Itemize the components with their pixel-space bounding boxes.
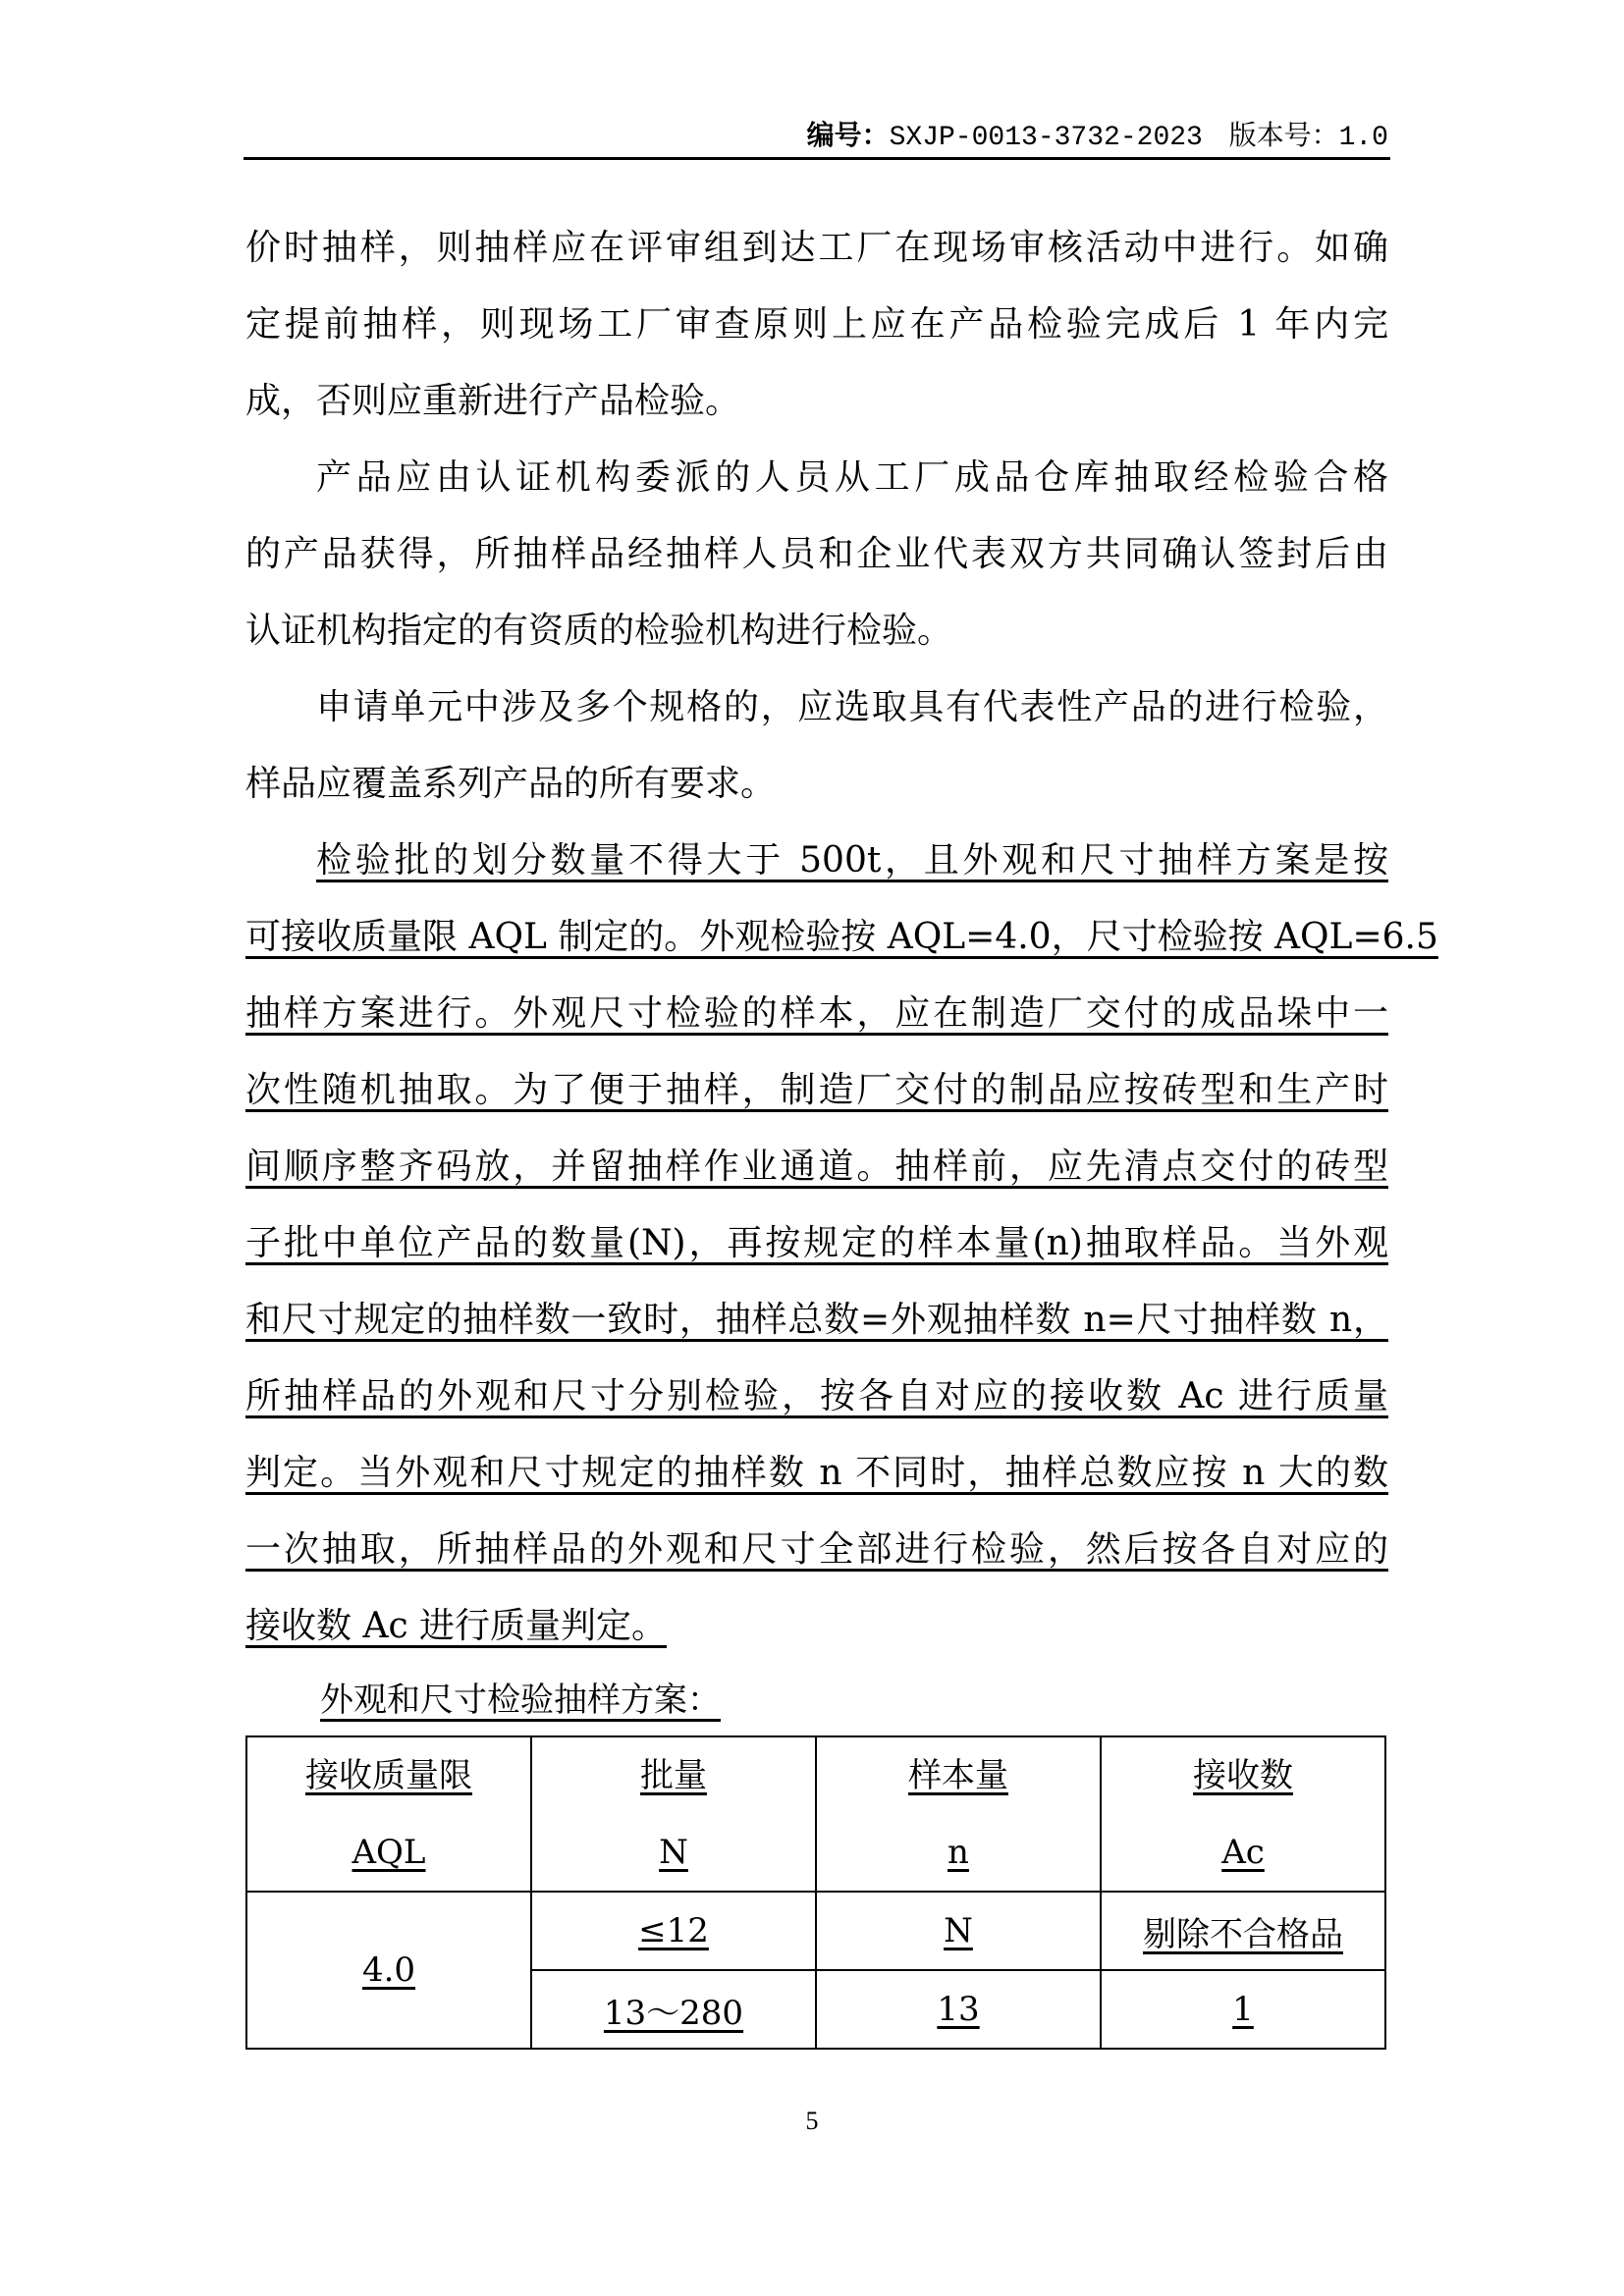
version-number: 1.0 [1339,123,1388,153]
code-label: 编号： [807,119,890,151]
header-cell-lot-size: 批量 N [531,1736,816,1892]
text-line: 子批中单位产品的数量(N)，再按规定的样本量(n)抽取样品。当外观 [245,1205,1388,1282]
paragraph-sample-source: 产品应由认证机构委派的人员从工厂成品仓库抽取经检验合格 的产品获得，所抽样品经抽… [245,440,1388,669]
document-code: SXJP-0013-3732-2023 [890,123,1203,153]
paragraph-sampling-timing: 价时抽样，则抽样应在评审组到达工厂在现场审核活动中进行。如确 定提前抽样，则现场… [245,210,1388,440]
header-cell-sample-size: 样本量 n [816,1736,1101,1892]
lot-size-cell: ≤12 [531,1892,816,1970]
version-label: 版本号： [1229,119,1339,151]
acceptance-cell: 1 [1101,1970,1385,2049]
sample-size-cell: 13 [816,1970,1101,2049]
text-line: 产品应由认证机构委派的人员从工厂成品仓库抽取经检验合格 [245,440,1388,516]
table-row: 4.0 ≤12 N 剔除不合格品 [246,1892,1385,1970]
text-line: 次性随机抽取。为了便于抽样，制造厂交付的制品应按砖型和生产时 [245,1052,1388,1129]
text-line: 定提前抽样，则现场工厂审查原则上应在产品检验完成后 1 年内完 [245,287,1388,363]
text-line: 成，否则应重新进行产品检验。 [245,363,1388,440]
header-cell-acceptance-number: 接收数 Ac [1101,1736,1385,1892]
text-line: 检验批的划分数量不得大于 500t，且外观和尺寸抽样方案是按 [316,823,1388,899]
text-line: 申请单元中涉及多个规格的，应选取具有代表性产品的进行检验， [245,669,1388,746]
text-line: 抽样方案进行。外观尺寸检验的样本，应在制造厂交付的成品垛中一 [245,976,1388,1052]
lot-size-cell: 13～280 [531,1970,816,2049]
header-divider [244,157,1390,160]
text-line: 判定。当外观和尺寸规定的抽样数 n 不同时，抽样总数应按 n 大的数 [245,1435,1388,1512]
page-number: 5 [785,2107,839,2136]
sampling-plan-table: 接收质量限 AQL 批量 N 样本量 n 接收数 Ac 4.0 ≤12 N 剔除… [245,1735,1386,2050]
table-header-row: 接收质量限 AQL 批量 N 样本量 n 接收数 Ac [246,1736,1385,1892]
document-header: 编号：SXJP-0013-3732-2023 版本号：1.0 [245,116,1388,157]
text-line: 的产品获得，所抽样品经抽样人员和企业代表双方共同确认签封后由 [245,516,1388,593]
text-line: 可接收质量限 AQL 制定的。外观检验按 AQL=4.0，尺寸检验按 AQL=6… [245,899,1388,976]
header-cell-aql: 接收质量限 AQL [246,1736,531,1892]
text-line: 接收数 Ac 进行质量判定。 [245,1588,667,1665]
aql-value-cell: 4.0 [246,1892,531,2049]
document-body: 价时抽样，则抽样应在评审组到达工厂在现场审核活动中进行。如确 定提前抽样，则现场… [245,210,1388,1665]
sample-size-cell: N [816,1892,1101,1970]
table-caption: 外观和尺寸检验抽样方案： [320,1671,721,1730]
acceptance-cell: 剔除不合格品 [1101,1892,1385,1970]
paragraph-representative-product: 申请单元中涉及多个规格的，应选取具有代表性产品的进行检验， 样品应覆盖系列产品的… [245,669,1388,823]
text-line: 和尺寸规定的抽样数一致时，抽样总数=外观抽样数 n=尺寸抽样数 n， [245,1282,1388,1359]
text-line: 间顺序整齐码放，并留抽样作业通道。抽样前，应先清点交付的砖型 [245,1129,1388,1205]
paragraph-inspection-lot: 检验批的划分数量不得大于 500t，且外观和尺寸抽样方案是按 可接收质量限 AQ… [245,823,1388,1665]
text-line: 认证机构指定的有资质的检验机构进行检验。 [245,593,1388,669]
text-line: 价时抽样，则抽样应在评审组到达工厂在现场审核活动中进行。如确 [245,210,1388,287]
text-line: 样品应覆盖系列产品的所有要求。 [245,746,1388,823]
text-line: 一次抽取，所抽样品的外观和尺寸全部进行检验，然后按各自对应的 [245,1512,1388,1588]
text-line: 所抽样品的外观和尺寸分别检验，按各自对应的接收数 Ac 进行质量 [245,1359,1388,1435]
